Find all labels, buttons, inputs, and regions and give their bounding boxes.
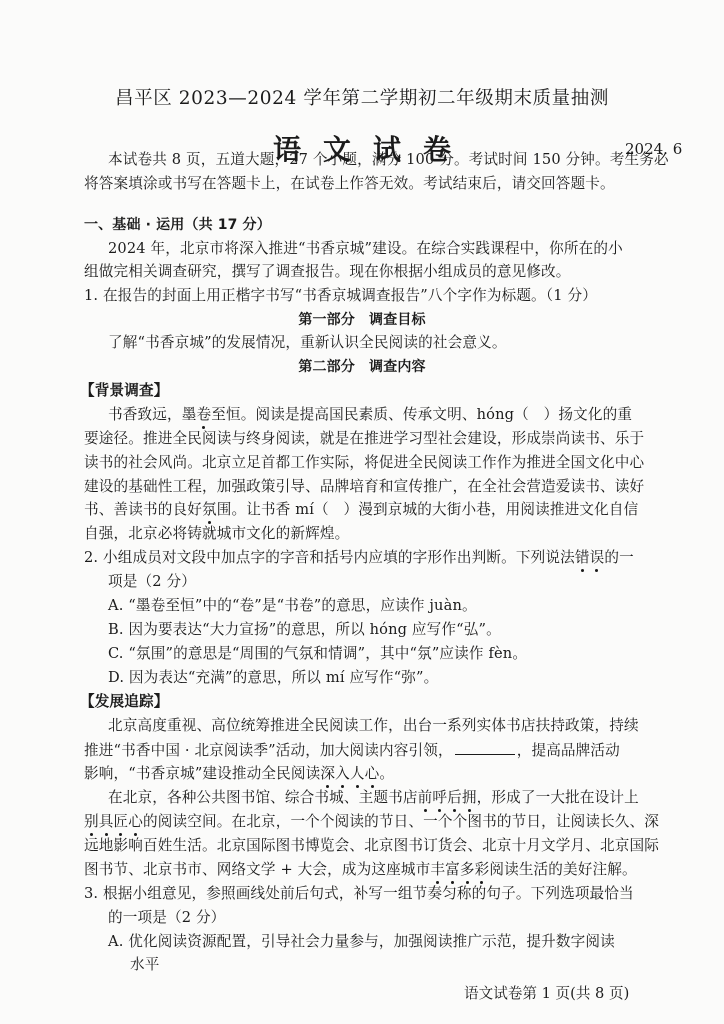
development-p2-line-1: 在北京，各种公共图书馆、综合书城、主题书店前呼后拥，形成了一大批在设计上 xyxy=(108,788,639,808)
page-footer: 语文试卷第 1 页(共 8 页) xyxy=(464,982,629,1003)
emphasized-char: 卷 xyxy=(196,405,211,425)
part1-title: 第一部分 调查目标 xyxy=(0,310,724,330)
emphasized-char: 人 xyxy=(350,764,365,784)
background-line-2: 要途径。推进全民阅读与终身阅读，就是在推进学习型社会建设，形成崇尚读书、乐于 xyxy=(84,429,644,449)
emphasized-char: 深 xyxy=(320,764,335,784)
background-line-6: 自强，北京必将铸就城市文化的新辉煌。 xyxy=(84,524,349,544)
text: 围。让书香 mí（ ）漫到京城的大街小巷，用阅读推进文化自信 xyxy=(217,501,639,518)
background-line-5: 书、善读书的良好氛围。让书香 mí（ ）漫到京城的大街小巷，用阅读推进文化自信 xyxy=(84,500,638,520)
text: 影响，“书香京城”建设推动全民阅读 xyxy=(84,765,320,782)
background-line-1: 书香致远，墨卷至恒。阅读是提高国民素质、传承文明、hóng（ ）扬文化的重 xyxy=(108,405,632,425)
text: 书香致远，墨 xyxy=(108,406,196,423)
text: 的一 xyxy=(604,549,634,566)
instructions-line-1: 本试卷共 8 页，五道大题，27 个小题，满分 100 分。考试时间 150 分… xyxy=(108,150,669,170)
text: 。 xyxy=(379,765,394,782)
emphasized-char: 氛 xyxy=(202,500,217,520)
text: 图书节、北京书市、网络文学 + 大会，成为这座城市 xyxy=(84,861,430,878)
text: 在北京，各种公共图书馆、综合书城、主题书店 xyxy=(108,789,418,806)
question-3-stem-1: 3. 根据小组意见，参照画线处前后句式，补写一组节奏匀称的句子。下列选项最恰当 xyxy=(84,884,634,904)
text: 2. 小组成员对文段中加点字的字音和括号内应填的字形作出判断。下列说法 xyxy=(84,549,575,566)
question-3-option-a-line-2: 水平 xyxy=(130,955,160,975)
part1-text: 了解“书香京城”的发展情况，重新认识全民阅读的社会意义。 xyxy=(108,333,507,353)
development-p1-line-2: 推进“书香中国 · 北京阅读季”活动，加大阅读内容引领，，提高品牌活动 xyxy=(84,740,620,761)
text: 的阅读空间。在北京，一个个阅读的节日、一个个图书的节日，让阅读长久、深 xyxy=(143,813,659,830)
question-2-stem-1: 2. 小组成员对文段中加点字的字音和括号内应填的字形作出判断。下列说法错误的一 xyxy=(84,548,634,568)
text: 阅读生活的美好注解。 xyxy=(489,861,636,878)
development-p1-line-3: 影响，“书香京城”建设推动全民阅读深入人心。 xyxy=(84,764,394,784)
text: 至恒。阅读是提高国民素质、传承文明、hóng（ ）扬文化的重 xyxy=(211,406,632,423)
emphasized-char: 拥 xyxy=(462,788,477,808)
background-line-4: 建设的基础性工程，加强政策引导、品牌培育和宣传推广，在全社会营造爱读书、读好 xyxy=(84,477,644,497)
text: 书、善读书的良好 xyxy=(84,501,202,518)
development-label: 【发展追踪】 xyxy=(80,692,168,712)
emphasized-char: 后 xyxy=(447,788,462,808)
text: 推进“书香中国 · 北京阅读季”活动，加大阅读内容引领， xyxy=(84,742,453,759)
background-line-3: 读书的社会风尚。北京立足首都工作实际，将促进全民阅读工作作为推进全国文化中心 xyxy=(84,453,644,473)
emphasized-char: 彩 xyxy=(475,860,490,880)
emphasized-char: 前 xyxy=(418,788,433,808)
emphasized-char: 心 xyxy=(128,812,143,832)
development-p2-line-4: 图书节、北京书市、网络文学 + 大会，成为这座城市丰富多彩阅读生活的美好注解。 xyxy=(84,860,637,880)
emphasized-char: 匠 xyxy=(114,812,129,832)
emphasized-char: 多 xyxy=(460,860,475,880)
question-2-stem-2: 项是（2 分） xyxy=(108,572,196,592)
fill-in-blank xyxy=(455,740,515,755)
question-3-option-a-line-1: A. 优化阅读资源配置，引导社会力量参与，加强阅读推广示范，提升数字阅读 xyxy=(108,932,615,952)
exam-title: 昌平区 2023—2024 学年第二学期初二年级期末质量抽测 xyxy=(0,84,724,110)
development-p1-line-1: 北京高度重视、高位统筹推进全民阅读工作，出台一系列实体书店扶持政策，持续 xyxy=(108,716,639,736)
section-intro-1: 2024 年，北京市将深入推进“书香京城”建设。在综合实践课程中，你所在的小 xyxy=(108,239,623,259)
emphasized-char: 别 xyxy=(84,812,99,832)
emphasized-char: 具 xyxy=(99,812,114,832)
section-heading: 一、基础 · 运用（共 17 分） xyxy=(84,215,271,235)
question-3-stem-2: 的一项是（2 分） xyxy=(108,908,225,928)
question-2-option-b: B. 因为要表达“大力宣扬”的意思，所以 hóng 应写作“弘”。 xyxy=(108,620,501,640)
development-p2-line-3: 远地影响百姓生活。北京国际图书博览会、北京图书订货会、北京十月文学月、北京国际 xyxy=(84,836,659,856)
question-2-option-a: A. “墨卷至恒”中的“卷”是“书卷”的意思，应读作 juàn。 xyxy=(108,596,477,616)
instructions-line-2: 将答案填涂或书写在答题卡上，在试卷上作答无效。考试结束后，请交回答题卡。 xyxy=(84,174,615,194)
question-2-option-c: C. “氛围”的意思是“周围的气氛和情调”，其中“氛”应读作 fèn。 xyxy=(108,644,527,664)
emphasized-char: 误 xyxy=(590,548,605,568)
exam-page: 昌平区 2023—2024 学年第二学期初二年级期末质量抽测 语文试卷 2024… xyxy=(0,0,724,1024)
emphasized-char: 呼 xyxy=(432,788,447,808)
emphasized-char: 心 xyxy=(365,764,380,784)
question-2-option-d: D. 因为表达“充满”的意思，所以 mí 应写作“弥”。 xyxy=(108,668,438,688)
emphasized-char: 错 xyxy=(575,548,590,568)
text: ，提高品牌活动 xyxy=(517,742,620,759)
emphasized-char: 富 xyxy=(445,860,460,880)
development-p2-line-2: 别具匠心的阅读空间。在北京，一个个阅读的节日、一个个图书的节日，让阅读长久、深 xyxy=(84,812,659,832)
question-1: 1. 在报告的封面上用正楷字书写“书香京城调查报告”八个字作为标题。（1 分） xyxy=(84,286,597,306)
emphasized-char: 入 xyxy=(335,764,350,784)
background-label: 【背景调查】 xyxy=(80,381,168,401)
emphasized-char: 丰 xyxy=(430,860,445,880)
text: ，形成了一大批在设计上 xyxy=(477,789,639,806)
part2-title: 第二部分 调查内容 xyxy=(0,357,724,377)
section-intro-2: 组做完相关调查研究，撰写了调查报告。现在你根据小组成员的意见修改。 xyxy=(84,262,571,282)
